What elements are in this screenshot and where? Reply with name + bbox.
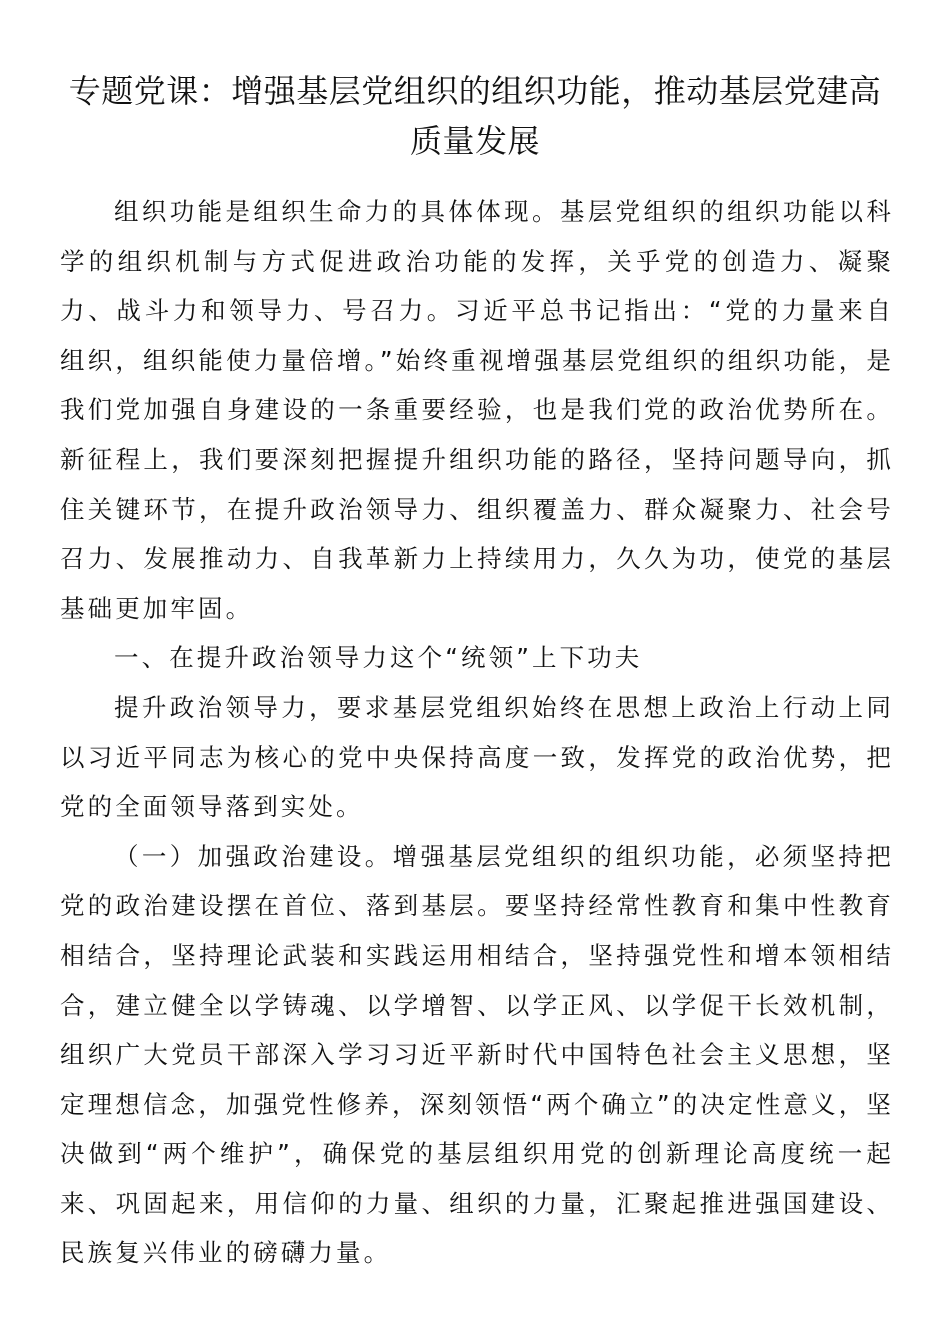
subsection-1-paragraph: （一）加强政治建设。增强基层党组织的组织功能，必须坚持把党的政治建设摆在首位、落… (60, 832, 894, 1278)
document-page: 专题党课：增强基层党组织的组织功能，推动基层党建高质量发展 组织功能是组织生命力… (0, 0, 950, 1344)
section-heading-1: 一、在提升政治领导力这个“统领”上下功夫 (60, 633, 894, 683)
document-body: 组织功能是组织生命力的具体体现。基层党组织的组织功能以科学的组织机制与方式促进政… (60, 187, 894, 1278)
document-title: 专题党课：增强基层党组织的组织功能，推动基层党建高质量发展 (60, 66, 890, 166)
section-1-intro-paragraph: 提升政治领导力，要求基层党组织始终在思想上政治上行动上同以习近平同志为核心的党中… (60, 683, 894, 832)
intro-paragraph: 组织功能是组织生命力的具体体现。基层党组织的组织功能以科学的组织机制与方式促进政… (60, 187, 894, 633)
